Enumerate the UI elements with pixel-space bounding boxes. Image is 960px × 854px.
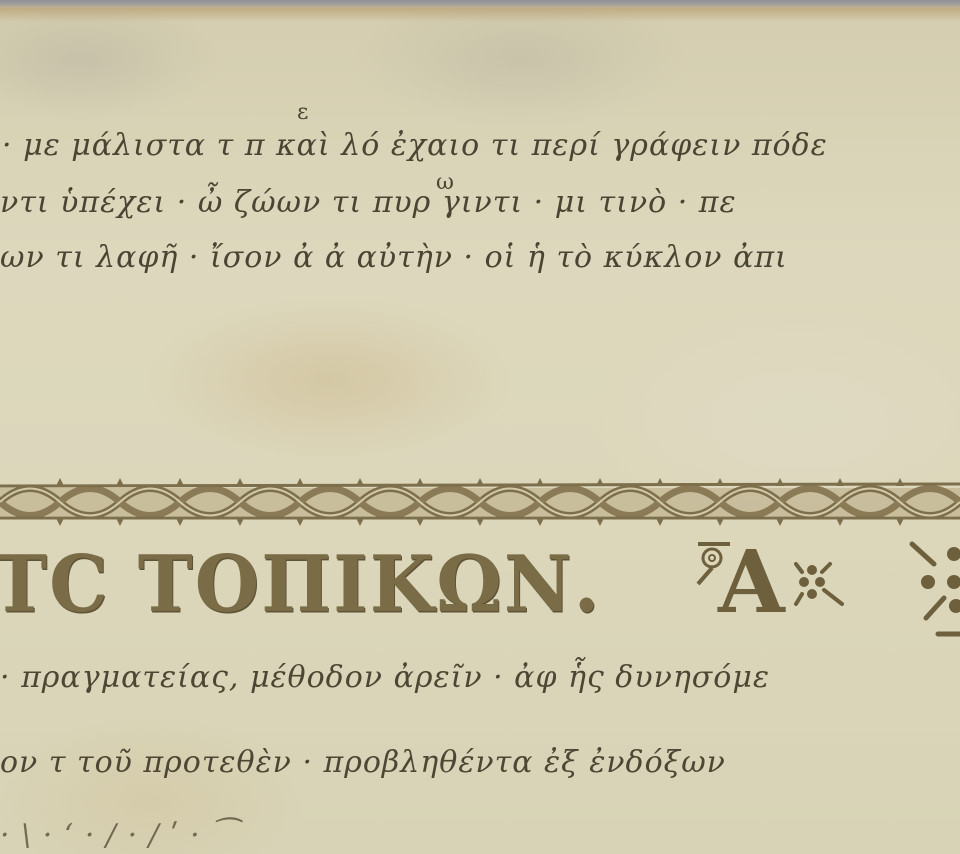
page-top-edge (0, 0, 960, 8)
text-line: · \ · ‘ · / · / ʹ · ⁀ (0, 818, 236, 853)
dot-ornament-icon (908, 536, 960, 646)
text-line: · πραγματείας, μέθοδον ἀρεῖν · ἀφ ἧς δυν… (0, 660, 770, 695)
text-line: ντι ὑπέχει · ὦ ζώων τι πυρ γιντι · μι τι… (0, 185, 737, 220)
superscript-mark: ε (297, 100, 308, 125)
parchment-stain (0, 8, 960, 22)
section-heading: ΤC ΤΟΠΙΚΩΝ. (0, 540, 601, 630)
text-line: ον τ τοῦ προτεθὲν · προβληθέντα ἐξ ἐνδόξ… (0, 745, 726, 780)
book-numeral: Α (718, 532, 785, 633)
text-line: ων τι λαφῆ · ἴσον ἀ ἀ αὐτὴν · οἱ ἡ τὸ κύ… (0, 240, 788, 275)
manuscript-page: ε ω · με μάλιστα τ π καὶ λό ἐχαιο τι περ… (0, 0, 960, 854)
braid-ornament-icon (0, 474, 960, 530)
text-line: · με μάλιστα τ π καὶ λό ἐχαιο τι περί γρ… (2, 128, 828, 163)
cross-dot-ornament-icon (790, 560, 846, 608)
